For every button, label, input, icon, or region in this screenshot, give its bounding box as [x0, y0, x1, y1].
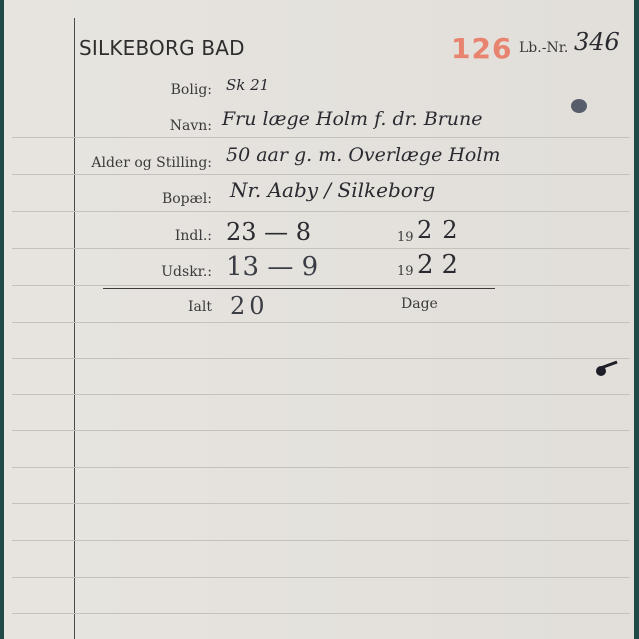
- margin-line: [74, 18, 75, 639]
- field-value-indlagt-date: 23 — 8: [226, 218, 311, 246]
- ruled-line: [12, 394, 630, 395]
- field-value-bopael: Nr. Aaby / Silkeborg: [230, 178, 435, 202]
- ink-smudge: [571, 99, 587, 113]
- year-suffix-udskrevet: 22: [417, 250, 466, 280]
- ruled-line: [12, 540, 630, 541]
- year-suffix-indlagt: 22: [417, 216, 468, 244]
- ruled-line: [12, 430, 630, 431]
- ruled-line: [12, 358, 630, 359]
- total-unit: Dage: [401, 296, 438, 312]
- ink-blot-tail: [601, 361, 617, 369]
- ruled-line: [12, 503, 630, 504]
- ruled-line: [12, 137, 630, 138]
- lb-nr-label: Lb.-Nr.: [519, 40, 568, 56]
- ruled-line: [12, 248, 630, 249]
- total-value: 20: [230, 292, 269, 320]
- ruled-line: [12, 285, 630, 286]
- ruled-line: [12, 577, 630, 578]
- year-prefix-indlagt: 19: [397, 230, 414, 245]
- total-divider-line: [103, 288, 495, 289]
- red-pencil-number: 126: [451, 32, 512, 65]
- field-value-navn: Fru læge Holm f. dr. Brune: [222, 108, 483, 130]
- field-value-bolig: Sk 21: [226, 76, 269, 94]
- ruled-line: [12, 174, 630, 175]
- field-value-alder-stilling: 50 aar g. m. Overlæge Holm: [226, 144, 500, 166]
- year-prefix-udskrevet: 19: [397, 264, 414, 279]
- ledger-page: SILKEBORG BAD 126 Lb.-Nr. 346 Bolig: Sk …: [4, 0, 634, 639]
- field-label-bolig: Bolig:: [12, 82, 212, 98]
- ruled-line: [12, 322, 630, 323]
- total-label: Ialt: [12, 299, 212, 315]
- field-label-udskrevet: Udskr.:: [12, 264, 212, 280]
- field-label-bopael: Bopæl:: [12, 191, 212, 207]
- ruled-line: [12, 613, 630, 614]
- lb-nr-value: 346: [574, 28, 620, 56]
- ruled-line: [12, 211, 630, 212]
- page-title: SILKEBORG BAD: [79, 36, 245, 60]
- field-label-alder-stilling: Alder og Stilling:: [12, 155, 212, 171]
- ruled-line: [12, 467, 630, 468]
- field-value-udskrevet-date: 13 — 9: [226, 252, 318, 282]
- field-label-navn: Navn:: [12, 118, 212, 134]
- field-label-indlagt: Indl.:: [12, 228, 212, 244]
